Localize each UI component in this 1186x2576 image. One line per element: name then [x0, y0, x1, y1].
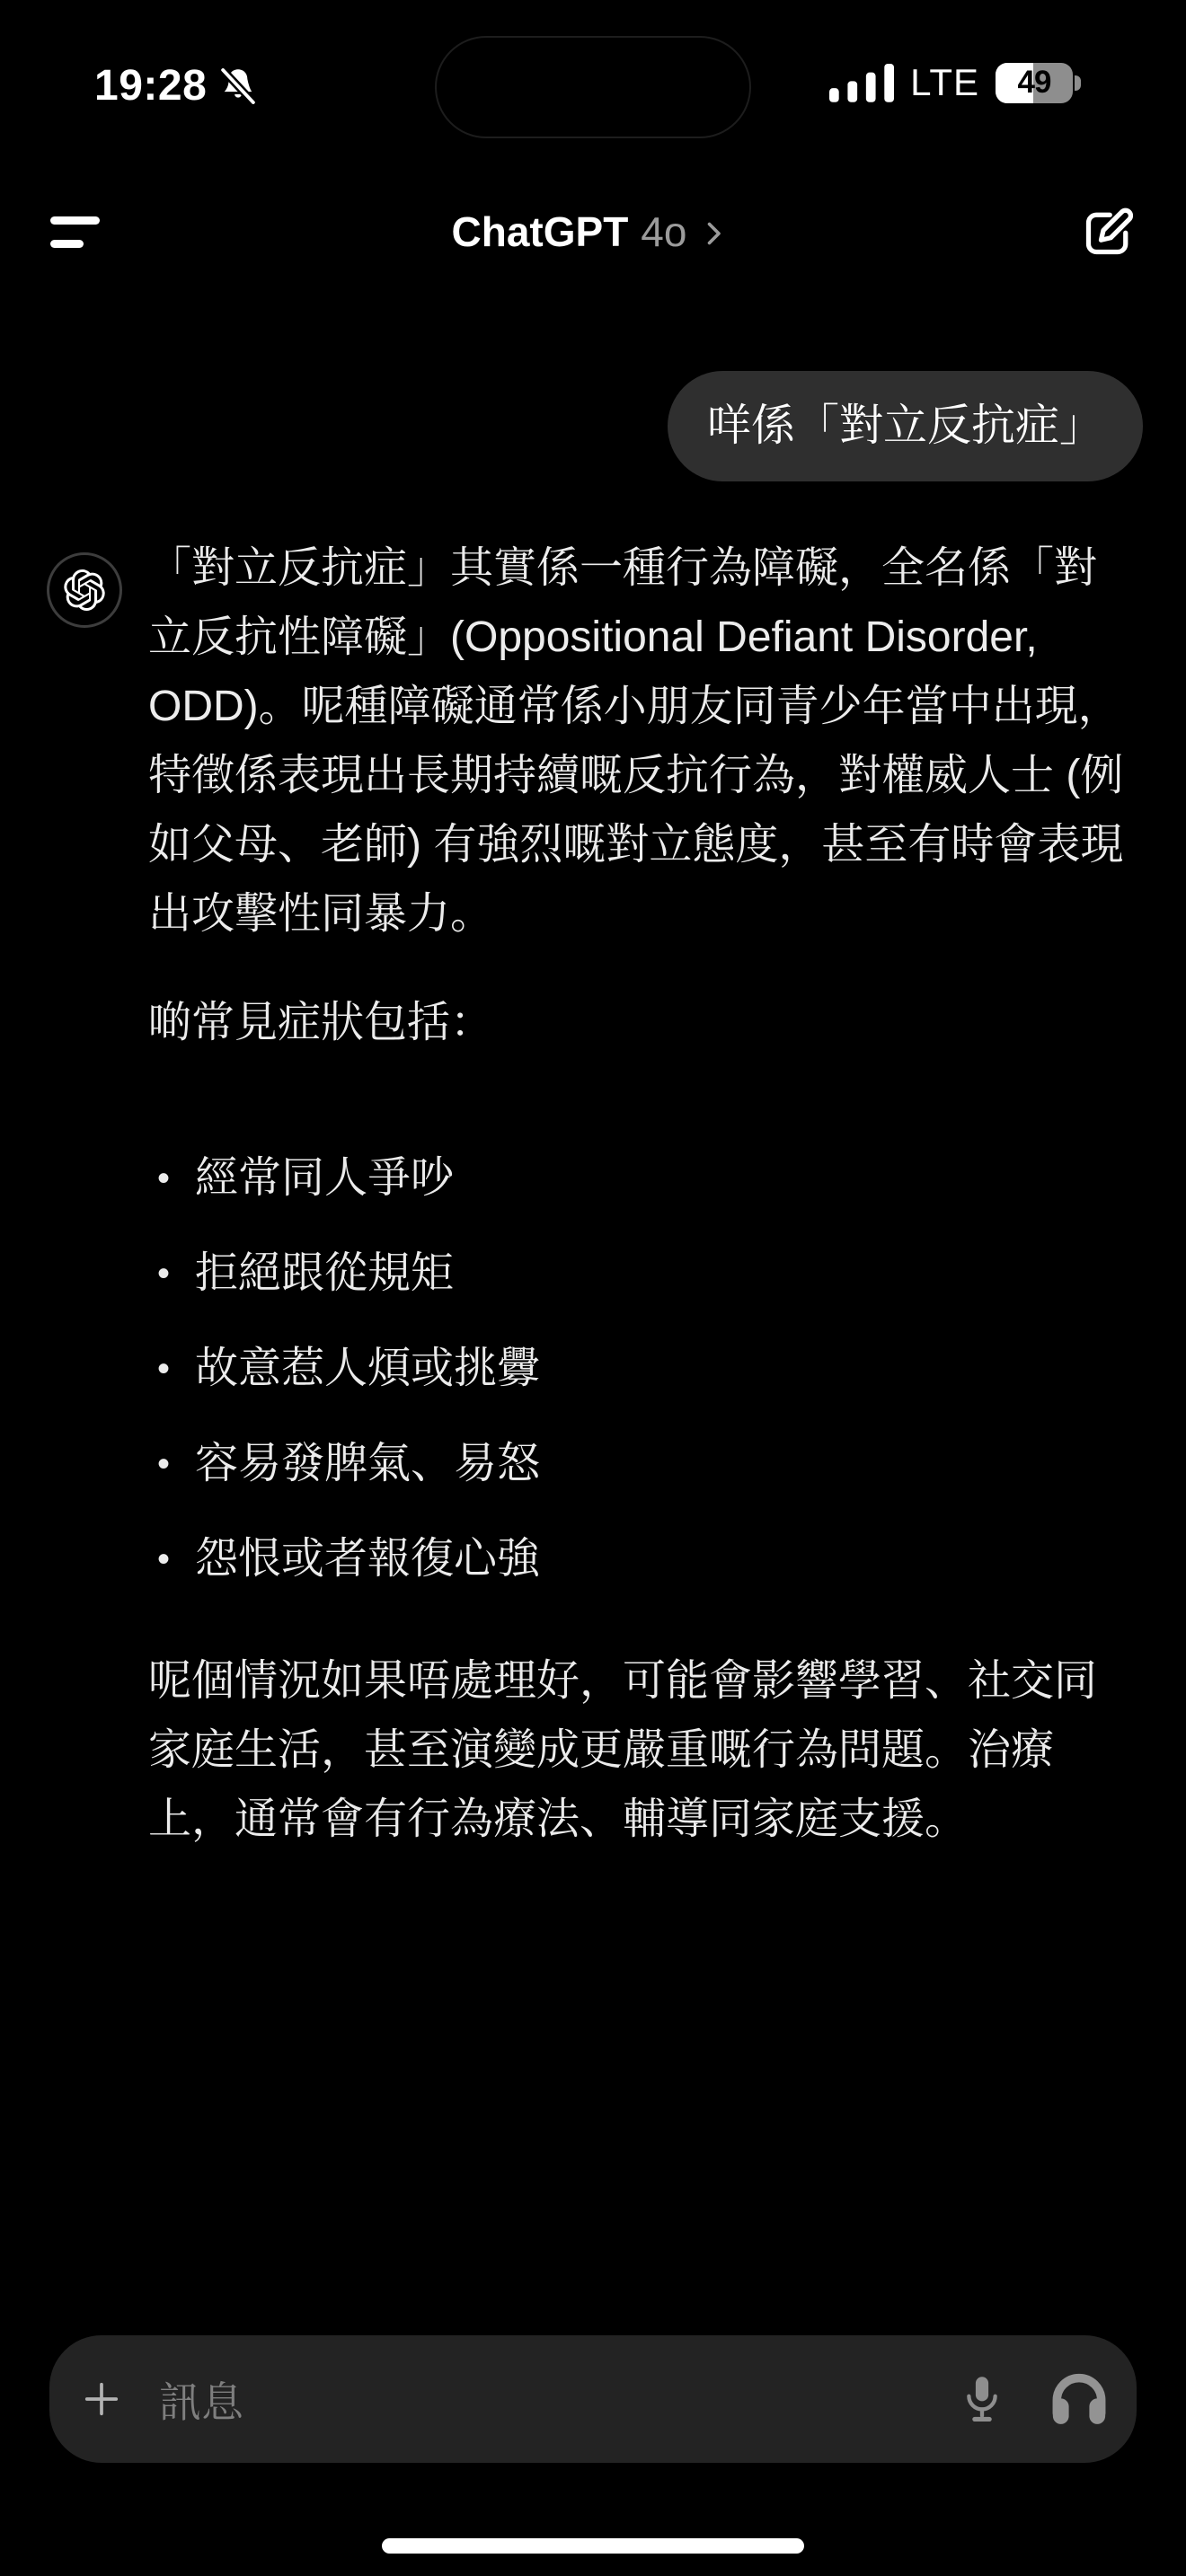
app-header: ChatGPT 4o [0, 187, 1186, 277]
bullet-dot: • [157, 1346, 170, 1391]
bell-slash-icon [217, 66, 259, 107]
model-name: 4o [641, 207, 686, 256]
sidebar-menu-icon [50, 216, 100, 225]
bullet-dot: • [157, 1442, 170, 1486]
dictation-button[interactable] [959, 2374, 1005, 2424]
voice-mode-button[interactable] [1045, 2365, 1113, 2433]
app-title: ChatGPT [452, 207, 629, 256]
symptom-list: •經常同人爭吵 •拒絕跟從規矩 •故意惹人煩或挑釁 •容易發脾氣、易怒 •怨恨或… [148, 1156, 1132, 1582]
battery-percent: 49 [996, 63, 1073, 103]
message-composer: 訊息 [49, 2335, 1137, 2463]
list-item: •故意惹人煩或挑釁 [148, 1346, 1132, 1391]
user-message-row: 咩係「對立反抗症」 [0, 371, 1186, 481]
status-bar: 19:28 LTE [0, 0, 1186, 135]
status-right-cluster: LTE 49 [829, 61, 1081, 104]
status-time: 19:28 [94, 61, 207, 110]
list-item: •拒絕跟從規矩 [148, 1251, 1132, 1296]
openai-logo-avatar [47, 552, 122, 628]
assistant-message: 「對立反抗症」其實係一種行為障礙，全名係「對立反抗性障礙」(Opposition… [0, 534, 1186, 1854]
message-input[interactable]: 訊息 [159, 2369, 959, 2430]
network-type: LTE [910, 61, 979, 104]
user-message-bubble: 咩係「對立反抗症」 [668, 371, 1143, 481]
home-indicator[interactable] [382, 2538, 804, 2554]
chatgpt-mobile-screen: 19:28 LTE [0, 0, 1186, 2576]
bullet-dot: • [157, 1156, 170, 1201]
assistant-message-content: 「對立反抗症」其實係一種行為障礙，全名係「對立反抗性障礙」(Opposition… [148, 534, 1132, 1854]
signal-strength-icon [829, 62, 894, 103]
headphones-icon [1045, 2365, 1113, 2433]
assistant-paragraph: 呢個情況如果唔處理好，可能會影響學習、社交同家庭生活，甚至演變成更嚴重嘅行為問題… [148, 1646, 1132, 1854]
list-item: •容易發脾氣、易怒 [148, 1442, 1132, 1486]
dynamic-island [435, 36, 751, 138]
composer-right-cluster [959, 2365, 1113, 2433]
battery-cap [1075, 75, 1081, 91]
new-chat-button[interactable] [1082, 205, 1136, 259]
chevron-right-icon [697, 217, 730, 250]
bullet-dot: • [157, 1537, 170, 1582]
sidebar-menu-button[interactable] [50, 211, 100, 253]
openai-logo-icon [64, 569, 105, 611]
microphone-icon [959, 2374, 1005, 2424]
list-item: •怨恨或者報復心強 [148, 1537, 1132, 1582]
list-item: •經常同人爭吵 [148, 1156, 1132, 1201]
new-chat-compose-icon [1082, 205, 1136, 259]
chat-scroll-area[interactable]: 咩係「對立反抗症」 「對立反抗症」其實係一種行為障礙，全名係「對立反抗性障礙」(… [0, 278, 1186, 1893]
symptoms-heading: 啲常見症狀包括： [148, 988, 1132, 1057]
status-left-cluster: 19:28 [94, 61, 259, 110]
model-selector[interactable]: ChatGPT 4o [452, 207, 730, 256]
attach-button[interactable] [78, 2376, 125, 2422]
bullet-dot: • [157, 1251, 170, 1296]
battery-indicator: 49 [996, 63, 1081, 103]
assistant-paragraph: 「對立反抗症」其實係一種行為障礙，全名係「對立反抗性障礙」(Opposition… [148, 534, 1132, 948]
plus-icon [78, 2376, 125, 2422]
